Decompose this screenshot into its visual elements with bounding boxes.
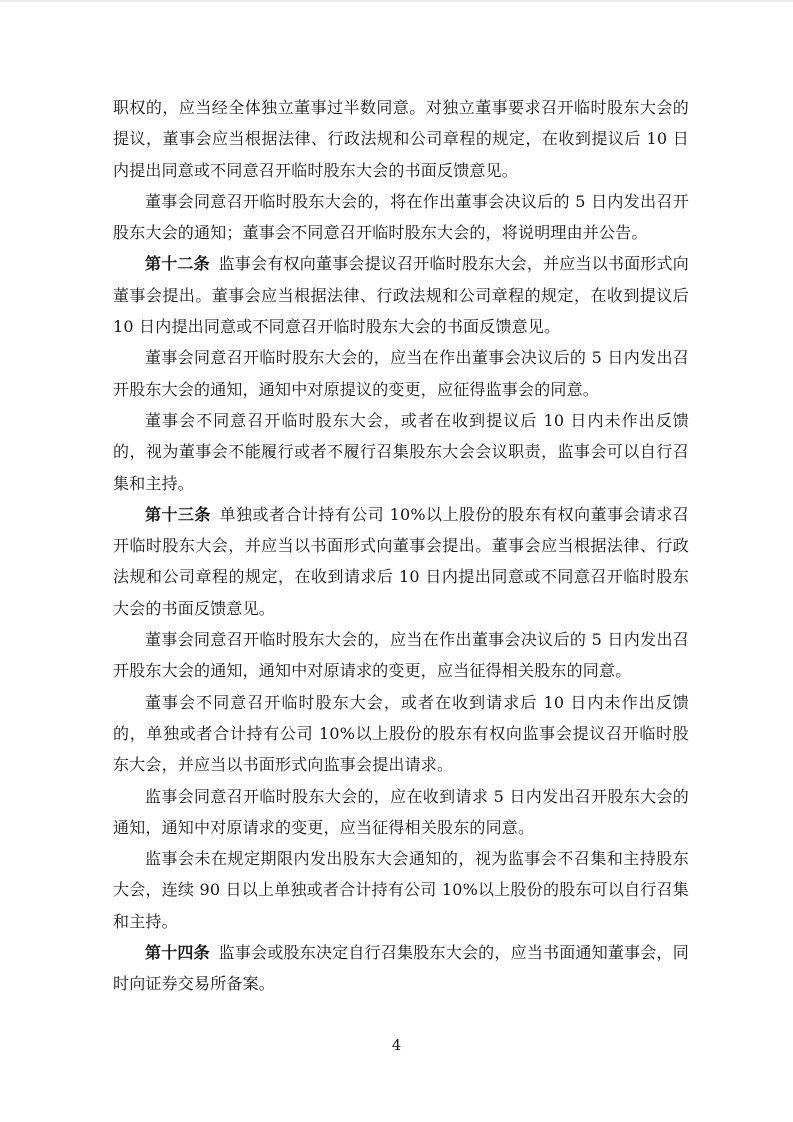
article-14-paragraph: 第十四条监事会或股东决定自行召集股东大会的，应当书面通知董事会，同时向证券交易所… <box>113 937 689 1000</box>
article-13-paragraph: 第十三条单独或者合计持有公司 10%以上股份的股东有权向董事会请求召开临时股东大… <box>113 499 689 624</box>
article-number: 第十三条 <box>145 505 211 524</box>
paragraph: 董事会不同意召开临时股东大会，或者在收到提议后 10 日内未作出反馈的，视为董事… <box>113 405 689 499</box>
paragraph-continued: 职权的，应当经全体独立董事过半数同意。对独立董事要求召开临时股东大会的提议，董事… <box>113 92 689 186</box>
document-page: 职权的，应当经全体独立董事过半数同意。对独立董事要求召开临时股东大会的提议，董事… <box>0 0 793 1122</box>
article-number: 第十四条 <box>145 943 210 962</box>
paragraph: 董事会不同意召开临时股东大会，或者在收到请求后 10 日内未作出反馈的，单独或者… <box>113 687 689 781</box>
paragraph: 董事会同意召开临时股东大会的，应当在作出董事会决议后的 5 日内发出召开股东大会… <box>113 624 689 687</box>
paragraph: 监事会同意召开临时股东大会的，应在收到请求 5 日内发出召开股东大会的通知，通知… <box>113 781 689 844</box>
paragraph: 董事会同意召开临时股东大会的，将在作出董事会决议后的 5 日内发出召开股东大会的… <box>113 186 689 249</box>
paragraph: 董事会同意召开临时股东大会的，应当在作出董事会决议后的 5 日内发出召开股东大会… <box>113 342 689 405</box>
page-number: 4 <box>392 1038 401 1054</box>
paragraph: 监事会未在规定期限内发出股东大会通知的，视为监事会不召集和主持股东大会，连续 9… <box>113 843 689 937</box>
page-footer: 4 <box>0 1036 793 1056</box>
article-12-paragraph: 第十二条监事会有权向董事会提议召开临时股东大会，并应当以书面形式向董事会提出。董… <box>113 248 689 342</box>
document-body: 职权的，应当经全体独立董事过半数同意。对独立董事要求召开临时股东大会的提议，董事… <box>113 92 689 1000</box>
article-number: 第十二条 <box>145 254 210 273</box>
